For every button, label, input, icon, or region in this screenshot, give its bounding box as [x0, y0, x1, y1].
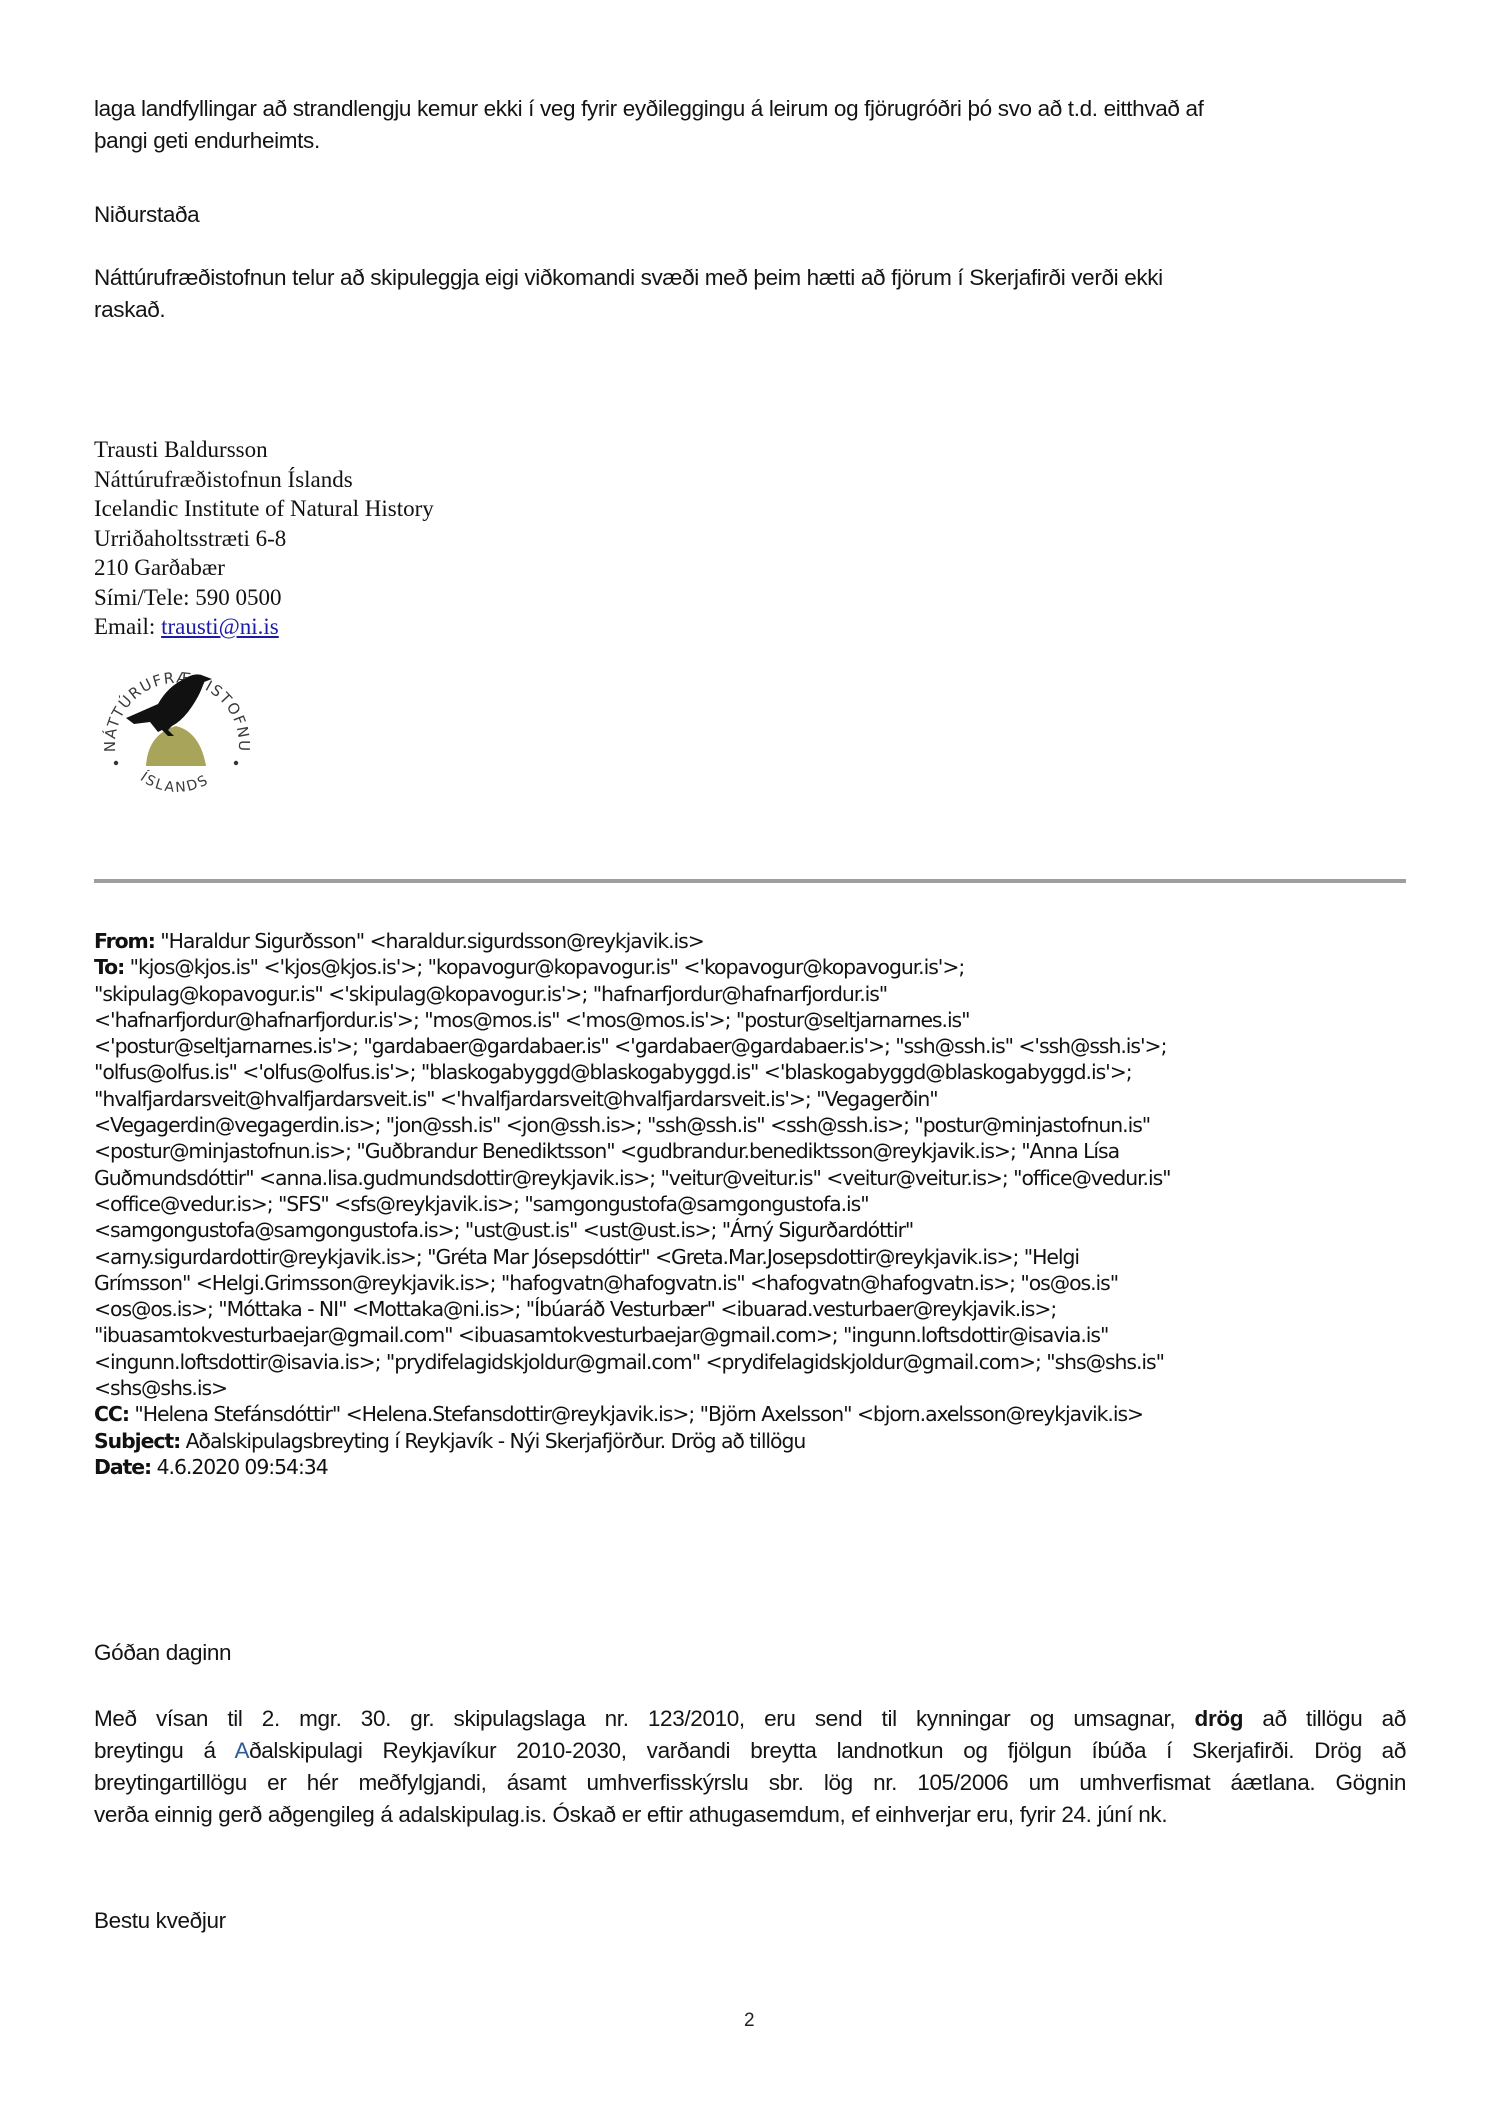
to-line: "ibuasamtokvesturbaejar@gmail.com" <ibua… — [94, 1322, 1171, 1348]
subject-value: Aðalskipulagsbreyting í Reykjavík - Nýi … — [180, 1429, 805, 1453]
to-label: To: — [94, 955, 124, 979]
from-value: "Haraldur Sigurðsson" <haraldur.sigurdss… — [155, 929, 704, 953]
signature-org-is: Náttúrufræðistofnun Íslands — [94, 465, 434, 495]
body-line: verða einnig gerð aðgengileg á adalskipu… — [94, 1799, 1406, 1831]
page-number: 2 — [744, 2010, 755, 2032]
logo-ring-text-bottom: ÍSLANDS — [137, 769, 212, 797]
to-line: Guðmundsdóttir" <anna.lisa.gudmundsdotti… — [94, 1165, 1171, 1191]
conclusion-line: raskað. — [94, 294, 1163, 326]
section-divider — [94, 879, 1406, 883]
to-line: <'postur@seltjarnarnes.is'>; "gardabaer@… — [94, 1033, 1171, 1059]
to-line: <samgongustofa@samgongustofa.is>; "ust@u… — [94, 1217, 1171, 1243]
intro-line: laga landfyllingar að strandlengju kemur… — [94, 93, 1204, 125]
signature-street: Urriðaholtsstræti 6-8 — [94, 524, 434, 554]
to-row: To: "kjos@kjos.is" <'kjos@kjos.is'>; "ko… — [94, 954, 1171, 980]
signature-email-link[interactable]: trausti@ni.is — [161, 614, 279, 639]
body-line: breytingu á Aðalskipulagi Reykjavíkur 20… — [94, 1735, 1406, 1767]
to-line: "olfus@olfus.is" <'olfus@olfus.is'>; "bl… — [94, 1059, 1171, 1085]
from-row: From: "Haraldur Sigurðsson" <haraldur.si… — [94, 928, 1171, 954]
cc-label: CC: — [94, 1402, 129, 1426]
body-line: Með vísan til 2. mgr. 30. gr. skipulagsl… — [94, 1703, 1406, 1735]
section-heading: Niðurstaða — [94, 199, 199, 231]
date-label: Date: — [94, 1455, 151, 1479]
signature-name: Trausti Baldursson — [94, 435, 434, 465]
closing: Bestu kveðjur — [94, 1905, 226, 1937]
to-line: <office@vedur.is>; "SFS" <sfs@reykjavik.… — [94, 1191, 1171, 1217]
email-header: From: "Haraldur Sigurðsson" <haraldur.si… — [94, 928, 1171, 1480]
to-line: <os@os.is>; "Móttaka - NI" <Mottaka@ni.i… — [94, 1296, 1171, 1322]
from-label: From: — [94, 929, 155, 953]
email-signature: Trausti Baldursson Náttúrufræðistofnun Í… — [94, 435, 434, 642]
to-line: <'hafnarfjordur@hafnarfjordur.is'>; "mos… — [94, 1007, 1171, 1033]
cc-row: CC: "Helena Stefánsdóttir" <Helena.Stefa… — [94, 1401, 1171, 1427]
conclusion-line: Náttúrufræðistofnun telur að skipuleggja… — [94, 262, 1163, 294]
to-line: Grímsson" <Helgi.Grimsson@reykjavik.is>;… — [94, 1270, 1171, 1296]
subject-row: Subject: Aðalskipulagsbreyting í Reykjav… — [94, 1428, 1171, 1454]
rock-shape — [146, 726, 206, 766]
signature-city: 210 Garðabær — [94, 553, 434, 583]
document-page: laga landfyllingar að strandlengju kemur… — [0, 0, 1500, 2122]
intro-paragraph: laga landfyllingar að strandlengju kemur… — [94, 93, 1204, 157]
accent-letter: A — [234, 1738, 249, 1763]
to-line: <arny.sigurdardottir@reykjavik.is>; "Gré… — [94, 1244, 1171, 1270]
subject-label: Subject: — [94, 1429, 180, 1453]
to-line: "skipulag@kopavogur.is" <'skipulag@kopav… — [94, 981, 1171, 1007]
conclusion-paragraph: Náttúrufræðistofnun telur að skipuleggja… — [94, 262, 1163, 326]
signature-org-en: Icelandic Institute of Natural History — [94, 494, 434, 524]
to-line: "hvalfjardarsveit@hvalfjardarsveit.is" <… — [94, 1086, 1171, 1112]
to-line: <Vegagerdin@vegagerdin.is>; "jon@ssh.is"… — [94, 1112, 1171, 1138]
cc-value: "Helena Stefánsdóttir" <Helena.Stefansdo… — [129, 1402, 1143, 1426]
body-paragraph: Með vísan til 2. mgr. 30. gr. skipulagsl… — [94, 1703, 1406, 1831]
date-row: Date: 4.6.2020 09:54:34 — [94, 1454, 1171, 1480]
raven-on-rock-logo-icon: NÁTTÚRUFRÆÐISTOFNUN ÍSLANDS — [88, 638, 263, 806]
bold-word: drög — [1195, 1706, 1244, 1731]
intro-line: þangi geti endurheimts. — [94, 125, 1204, 157]
to-line: <shs@shs.is> — [94, 1375, 1171, 1401]
signature-email-label: Email: — [94, 614, 161, 639]
signature-phone: Sími/Tele: 590 0500 — [94, 583, 434, 613]
date-value: 4.6.2020 09:54:34 — [151, 1455, 327, 1479]
greeting: Góðan daginn — [94, 1637, 231, 1669]
to-line: <ingunn.loftsdottir@isavia.is>; "prydife… — [94, 1349, 1171, 1375]
to-line: <postur@minjastofnun.is>; "Guðbrandur Be… — [94, 1138, 1171, 1164]
to-value: "kjos@kjos.is" <'kjos@kjos.is'>; "kopavo… — [124, 955, 964, 979]
body-line: breytingartillögu er hér meðfylgjandi, á… — [94, 1767, 1406, 1799]
